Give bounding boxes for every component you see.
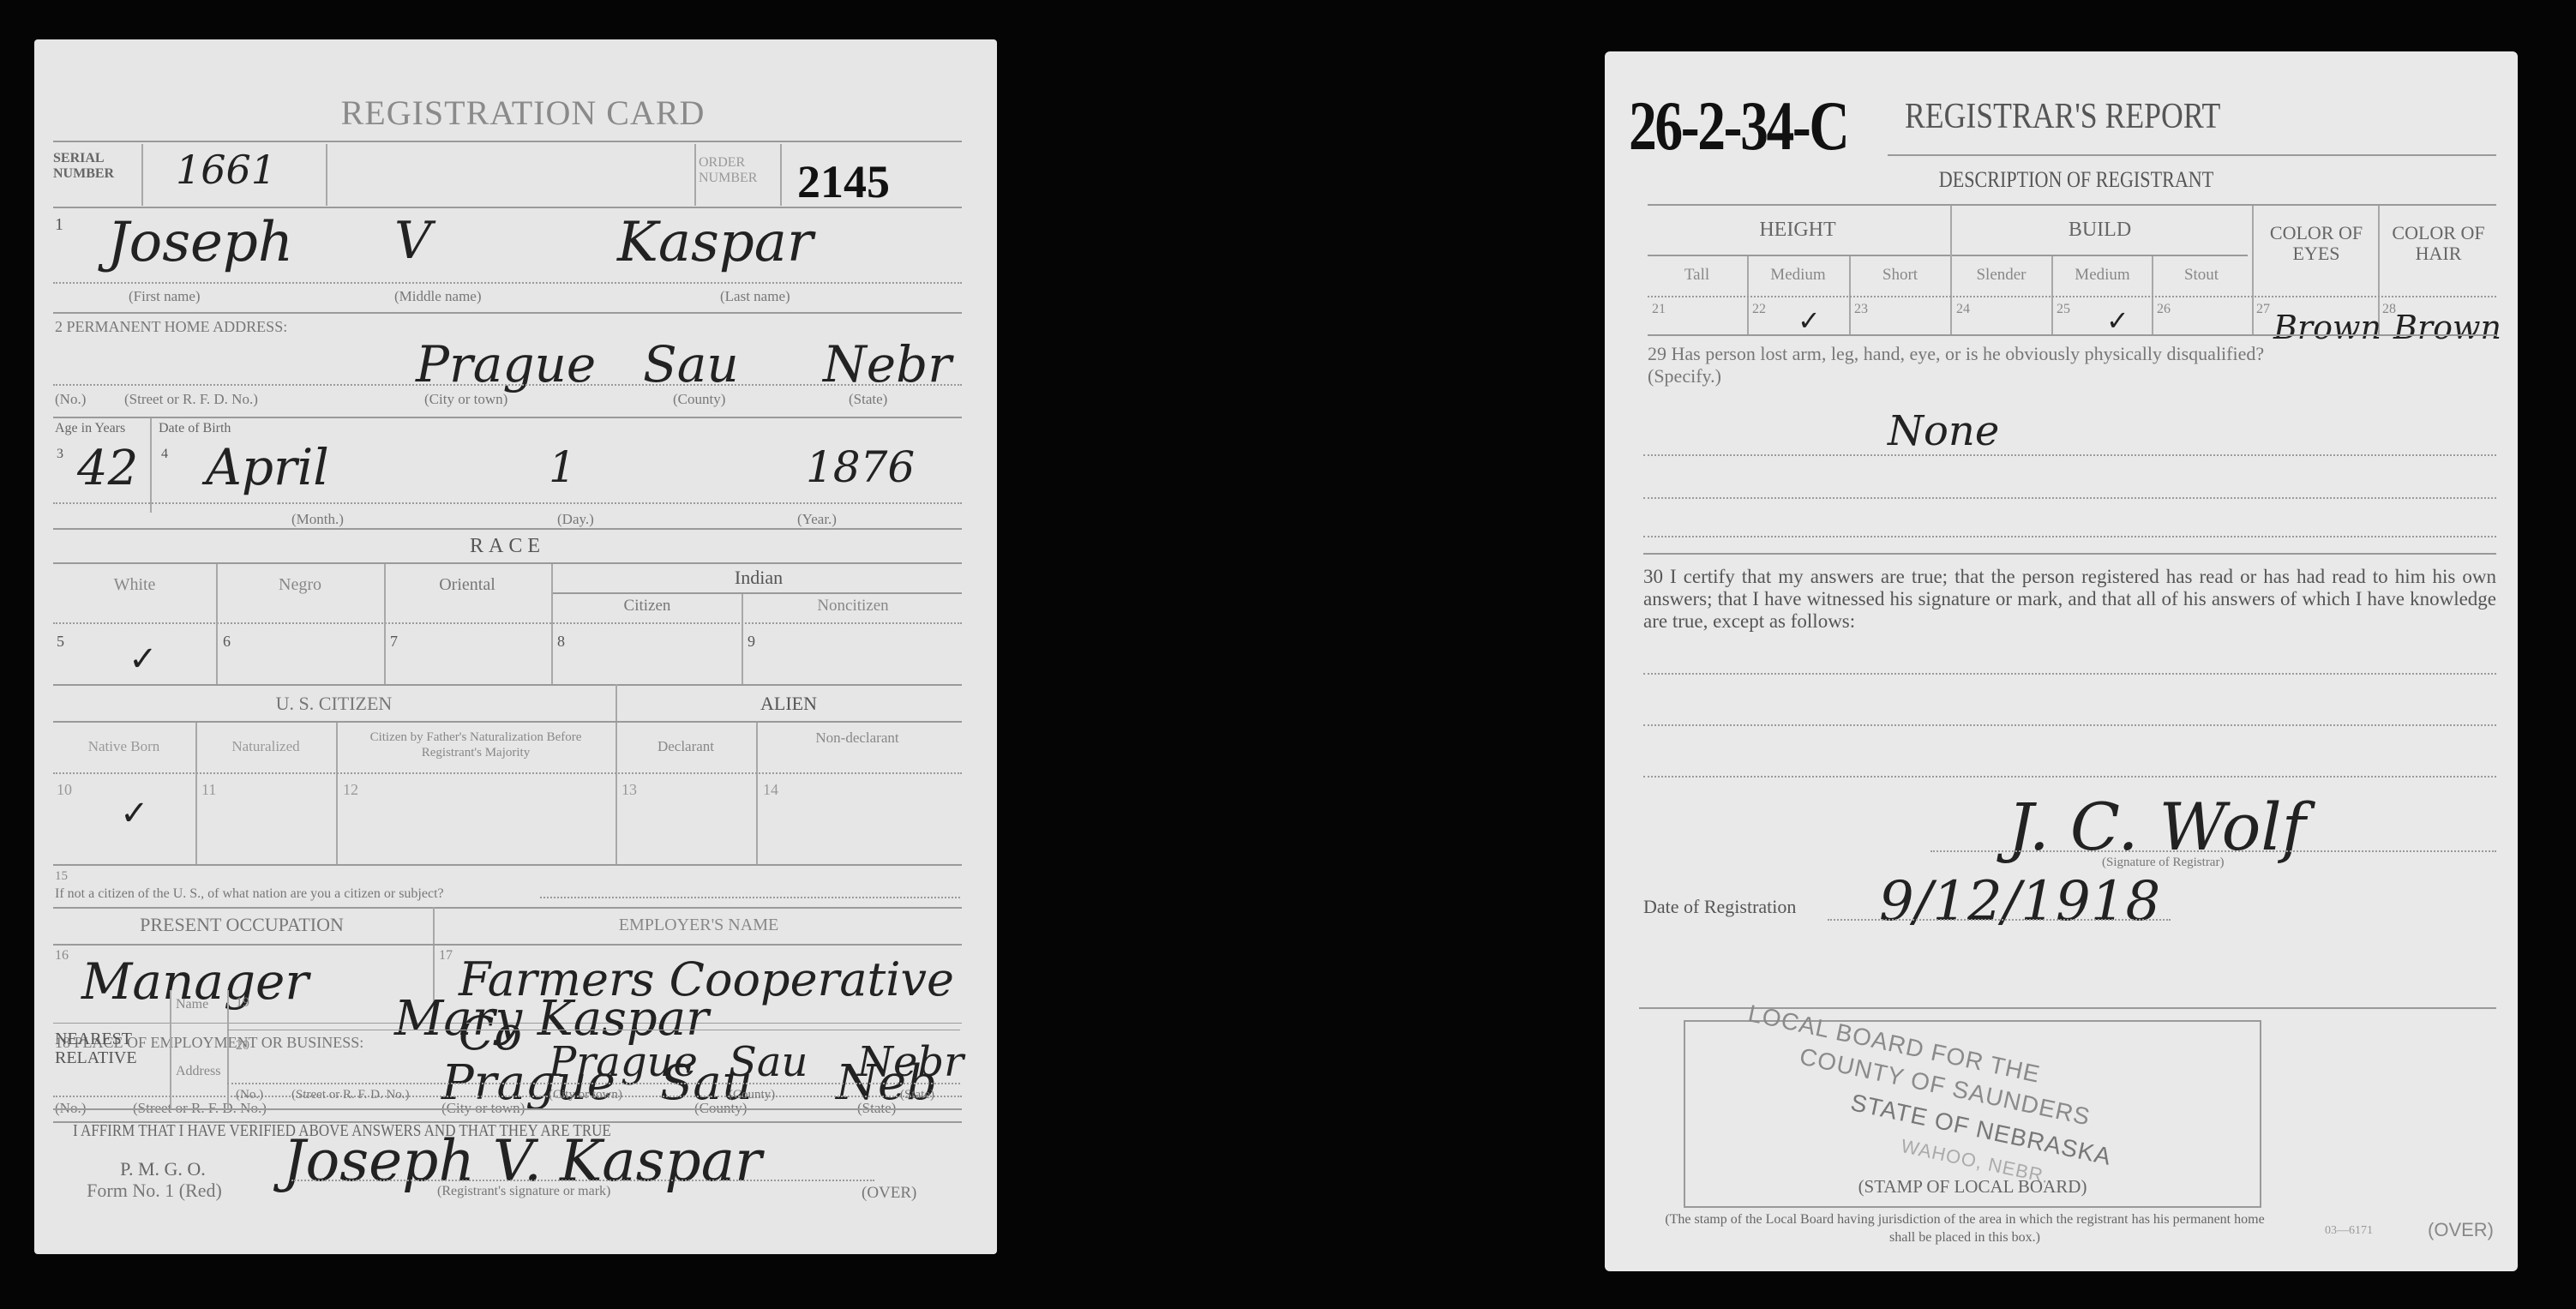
- registrar-signature: J. C. Wolf: [2008, 789, 2306, 865]
- field-number: 22: [1752, 302, 1766, 317]
- stamp-of-local-board-caption: (STAMP OF LOCAL BOARD): [1685, 1176, 2260, 1198]
- build-col-slender: Slender: [1952, 266, 2051, 285]
- local-board-stamp-box: LOCAL BOARD FOR THE COUNTY OF SAUNDERS S…: [1684, 1020, 2261, 1208]
- hair-color-heading: COLOR OF HAIR: [2381, 223, 2496, 264]
- over-label: (OVER): [2428, 1219, 2494, 1241]
- height-col-tall: Tall: [1648, 266, 1746, 285]
- q29-specify: (Specify.): [1648, 365, 1721, 387]
- registrar-signature-caption: (Signature of Registrar): [2102, 856, 2224, 870]
- build-col-stout: Stout: [2153, 266, 2249, 285]
- registration-date-label: Date of Registration: [1643, 896, 1796, 918]
- eye-color-heading: COLOR OF EYES: [2256, 223, 2376, 264]
- eye-color-value: Brown: [2273, 309, 2381, 346]
- height-heading: HEIGHT: [1648, 219, 1948, 242]
- left-card-footer-area: [53, 1123, 979, 1252]
- field-number: 23: [1854, 302, 1868, 317]
- field-number: 27: [2256, 302, 2270, 317]
- q29-text: Has person lost arm, leg, hand, eye, or …: [1672, 343, 2265, 364]
- report-title: REGISTRAR'S REPORT: [1905, 96, 2220, 137]
- build-col-medium: Medium: [2053, 266, 2152, 285]
- stamp-instructions: (The stamp of the Local Board having jur…: [1656, 1210, 2273, 1246]
- form-code: 03—6171: [2325, 1224, 2373, 1238]
- height-medium-check-mark: ✓: [1798, 304, 1821, 337]
- registrars-report-card: 26-2-34-C REGISTRAR'S REPORT DESCRIPTION…: [1605, 51, 2518, 1271]
- affirmation-section: I AFFIRM THAT I HAVE VERIFIED ABOVE ANSW…: [34, 39, 997, 1254]
- field-number: 30: [1643, 566, 1663, 587]
- field-number: 26: [2157, 302, 2171, 317]
- field-number: 24: [1956, 302, 1970, 317]
- registration-card: REGISTRATION CARD SERIAL NUMBER 1661 ORD…: [34, 39, 997, 1254]
- q30-certification-text: I certify that my answers are true; that…: [1643, 566, 2496, 632]
- height-col-medium: Medium: [1749, 266, 1847, 285]
- height-col-short: Short: [1851, 266, 1949, 285]
- field-number: 25: [2057, 302, 2070, 317]
- build-heading: BUILD: [1952, 219, 2248, 242]
- build-medium-check-mark: ✓: [2106, 304, 2129, 337]
- field-number: 29: [1648, 343, 1666, 364]
- field-number: 21: [1652, 302, 1666, 317]
- report-code: 26-2-34-C: [1629, 86, 1847, 166]
- description-subtitle: DESCRIPTION OF REGISTRANT: [1712, 167, 2441, 193]
- q29-answer: None: [1888, 407, 1999, 455]
- registration-date-value: 9/12/1918: [1879, 870, 2160, 934]
- hair-color-value: Brown: [2393, 309, 2501, 346]
